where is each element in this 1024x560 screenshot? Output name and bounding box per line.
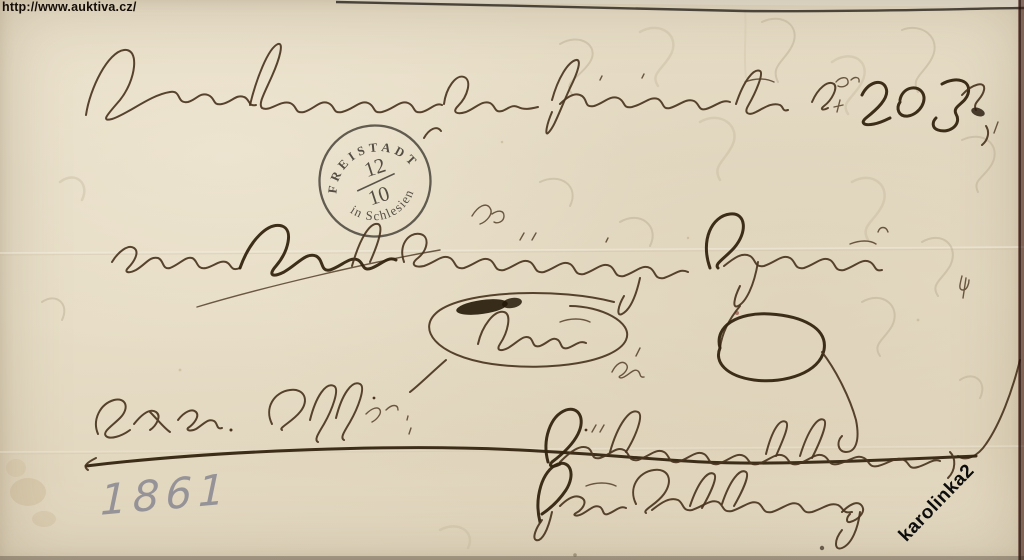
handwriting-honorific [472, 205, 504, 224]
postmark-stamp: FREISTADT in Schlesien 12 10 [305, 111, 445, 251]
handwriting-struck-word [410, 293, 627, 392]
fold-creases [0, 10, 1024, 454]
handwriting-routing [534, 463, 863, 548]
stray-ink-marks [424, 84, 998, 138]
source-url-watermark: http://www.auktiva.cz/ [2, 0, 137, 14]
handwriting-franchise-note [96, 383, 411, 442]
handwriting-address-line [112, 214, 888, 315]
handwriting-side-mark [960, 276, 969, 298]
handwriting-flourish [718, 306, 1020, 458]
handwriting-destination [546, 409, 954, 478]
handwriting-preposition [612, 348, 644, 378]
postmark-ring [305, 111, 445, 251]
